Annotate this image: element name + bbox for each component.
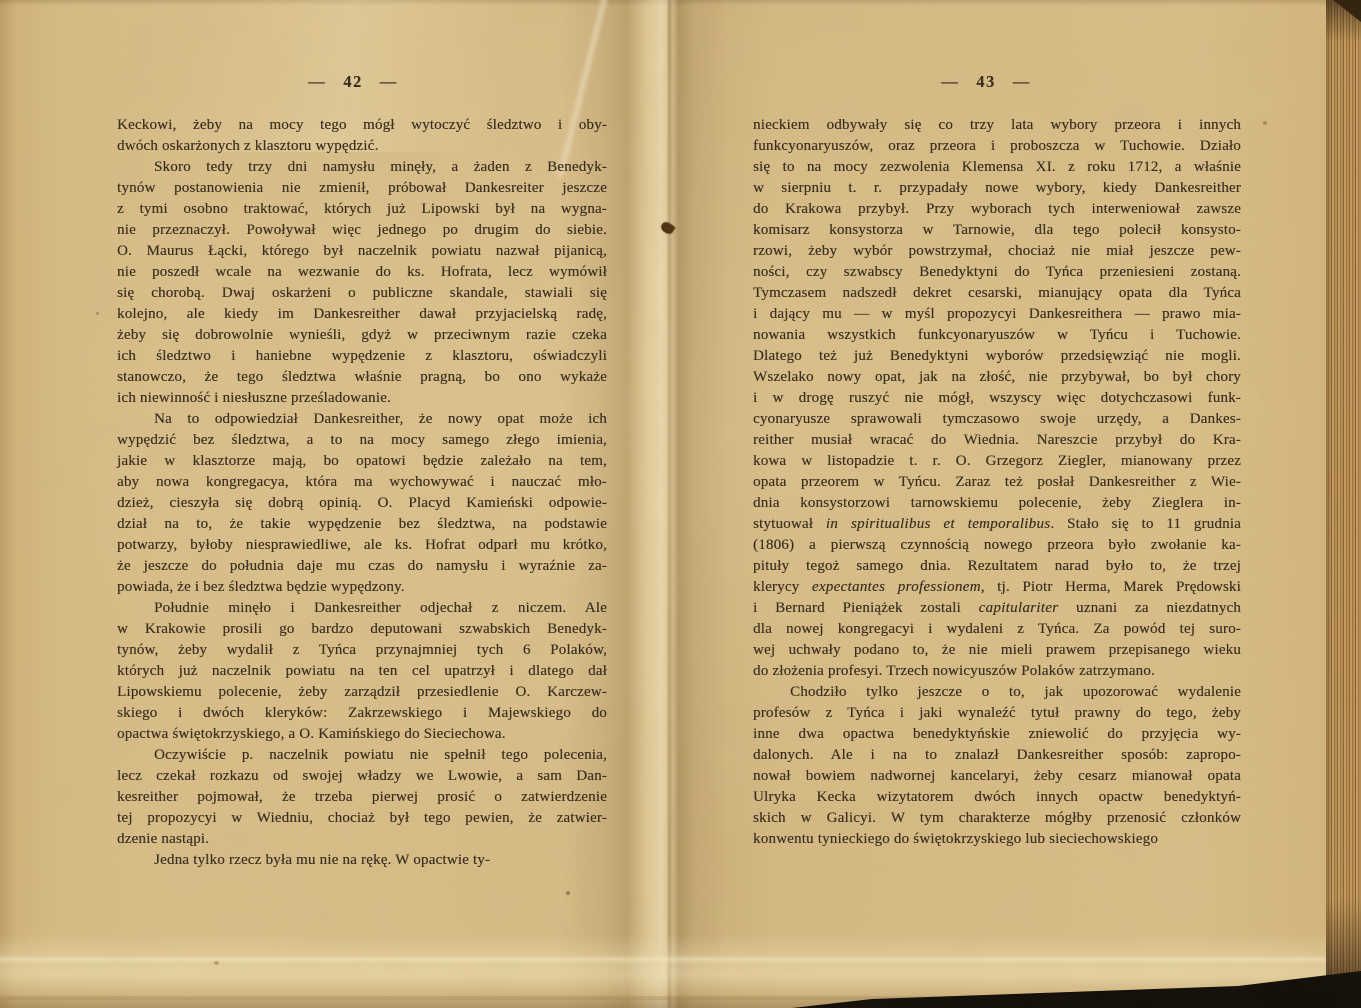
text-line: dzież, cieszyła się dobrą opinią. O. Pla… xyxy=(117,493,607,514)
foxing-speck xyxy=(566,891,570,895)
text-line: i w drogę ruszyć nie mógł, wszyscy więc … xyxy=(753,388,1241,409)
text-line: konwentu tynieckiego do świętokrzyskiego… xyxy=(753,829,1241,850)
text-line: Skoro tedy trzy dni namysłu minęły, a ża… xyxy=(117,157,607,178)
text-line: w Krakowie prosili go bardzo deputowani … xyxy=(117,619,607,640)
text-line: dalonych. Ale i na to znalazł Dankesreit… xyxy=(753,745,1241,766)
text-line: nowania wszystkich funkcyonaryuszów w Ty… xyxy=(753,325,1241,346)
text-line: nie poszedł wcale na wezwanie do ks. Hof… xyxy=(117,262,607,283)
text-line: funkcyonaryuszów, oraz przeora i probosz… xyxy=(753,136,1241,157)
text-line: stytuował in spiritualibus et temporalib… xyxy=(753,514,1241,535)
text-line: reither musiał wracać do Wiednia. Naresz… xyxy=(753,430,1241,451)
left-page-number: 42 xyxy=(343,72,363,92)
text-line: lecz czekał rozkazu od swojej władzy we … xyxy=(117,766,607,787)
text-line: ich śledztwo i haniebne wypędzenie z kla… xyxy=(117,346,607,367)
foxing-speck xyxy=(1329,251,1335,258)
text-line: których już naczelnik powiatu na ten cel… xyxy=(117,661,607,682)
text-line: kesreither pojmował, że trzeba pierwej p… xyxy=(117,787,607,808)
text-line: rzowi, żeby wybór powstrzymał, chociaż n… xyxy=(753,241,1241,262)
text-line: Na to odpowiedział Dankesreither, że now… xyxy=(117,409,607,430)
text-line: ności, czy szwabscy Benedyktyni do Tyńca… xyxy=(753,262,1241,283)
text-line: opata przeorem w Tyńcu. Zaraz też posłał… xyxy=(753,472,1241,493)
text-line: Lipowskiemu polecenie, żeby zarządził pr… xyxy=(117,682,607,703)
text-line: dla nowej kongregacyi i wydaleni z Tyńca… xyxy=(753,619,1241,640)
right-page-header: — 43 — xyxy=(753,72,1219,92)
text-line: nieckiem odbywały się co trzy lata wybor… xyxy=(753,115,1241,136)
foxing-speck xyxy=(1263,121,1267,125)
text-line: aby nowa kongregacya, która ma wychowywa… xyxy=(117,472,607,493)
text-line: że jeszcze do południa daje mu czas do n… xyxy=(117,556,607,577)
header-dash-icon: — xyxy=(380,72,398,92)
text-line: cyonaryusze sprawowali tymczasowo swoje … xyxy=(753,409,1241,430)
text-line: tynów postanowienia nie zmienił, próbowa… xyxy=(117,178,607,199)
text-line: i dający mu — w myśl propozycyi Dankesre… xyxy=(753,304,1241,325)
text-line: Dlatego też już Benedyktyni wyborów prze… xyxy=(753,346,1241,367)
binding-stitch xyxy=(659,221,675,236)
text-line: jakie w klasztorze mają, bo opatowi będz… xyxy=(117,451,607,472)
text-line: opactwa świętokrzyskiego, a O. Kamińskie… xyxy=(117,724,607,745)
text-line: do Krakowa przybył. Przy wyborach tych i… xyxy=(753,199,1241,220)
text-line: Jedna tylko rzecz była mu nie na rękę. W… xyxy=(117,850,607,871)
text-line: tynów, żeby wydalił z Tyńca przynajmniej… xyxy=(117,640,607,661)
text-line: Południe minęło i Dankesreither odjechał… xyxy=(117,598,607,619)
text-line: w sierpniu t. r. przypadały nowe wybory,… xyxy=(753,178,1241,199)
text-line: z tymi osobno traktować, których już Lip… xyxy=(117,199,607,220)
text-line: wypędzić bez śledztwa, a to na mocy same… xyxy=(117,430,607,451)
right-text-column: nieckiem odbywały się co trzy lata wybor… xyxy=(753,115,1241,850)
text-line: się chorobą. Dwaj oskarżeni o publiczne … xyxy=(117,283,607,304)
text-line: dzenie nastąpi. xyxy=(117,829,607,850)
text-line: dwóch oskarżonych z klasztoru wypędzić. xyxy=(117,136,607,157)
text-line: kowa w listopadzie t. r. O. Grzegorz Zie… xyxy=(753,451,1241,472)
right-page-number: 43 xyxy=(976,72,996,92)
left-page-header: — 42 — xyxy=(117,72,589,92)
text-line: wej uchwały podano to, że nie mieli praw… xyxy=(753,640,1241,661)
foxing-speck xyxy=(214,961,219,965)
text-line: dnia konsystorzowi tarnowskiemu poleceni… xyxy=(753,493,1241,514)
left-text-column: Keckowi, żeby na mocy tego mógł wytoczyć… xyxy=(117,115,607,871)
bottom-page-edge-band xyxy=(0,934,1361,1000)
text-line: Ulryka Kecka wizytatorem dwóch innych op… xyxy=(753,787,1241,808)
text-line: żeby się dobrowolnie wynieśli, gdyż w pr… xyxy=(117,325,607,346)
text-line: inne dwa opactwa benedyktyńskie zniewoli… xyxy=(753,724,1241,745)
text-line: skiego i dwóch kleryków: Zakrzewskiego i… xyxy=(117,703,607,724)
text-line: się to na mocy zezwolenia Klemensa XI. z… xyxy=(753,157,1241,178)
text-line: Tymczasem nadszedł dekret cesarski, mian… xyxy=(753,283,1241,304)
text-line: O. Maurus Łącki, którego był naczelnik p… xyxy=(117,241,607,262)
text-line: klerycy expectantes professionem, tj. Pi… xyxy=(753,577,1241,598)
text-line: potwarzy, byłoby niesprawiedliwe, ale ks… xyxy=(117,535,607,556)
header-dash-icon: — xyxy=(941,72,959,92)
text-line: do złożenia profesyi. Trzech nowicyuszów… xyxy=(753,661,1241,682)
text-line: (1806) a pierwszą czynnością nowego prze… xyxy=(753,535,1241,556)
text-line: Wszelako nowy opat, jak na złość, nie pr… xyxy=(753,367,1241,388)
gutter-crease-line xyxy=(668,0,671,1008)
text-line: Keckowi, żeby na mocy tego mógł wytoczyć… xyxy=(117,115,607,136)
text-line: komisarz konsystorza w Tarnowie, dla teg… xyxy=(753,220,1241,241)
book-scan: — 42 — Keckowi, żeby na mocy tego mógł w… xyxy=(0,0,1361,1008)
text-line: tej propozycyi w Wiedniu, chociaż był te… xyxy=(117,808,607,829)
header-dash-icon: — xyxy=(1013,72,1031,92)
text-line: Oczywiście p. naczelnik powiatu nie speł… xyxy=(117,745,607,766)
text-line: profesów z Tyńca i jaki wynaleźć tytuł p… xyxy=(753,703,1241,724)
text-line: ich niewinność i niesłuszne prześladowan… xyxy=(117,388,607,409)
text-line: skich w Galicyi. W tym charakterze mógłb… xyxy=(753,808,1241,829)
text-line: dział na to, że takie wypędzenie bez śle… xyxy=(117,514,607,535)
foxing-speck xyxy=(96,312,99,315)
scan-top-edge-shade xyxy=(0,0,1361,6)
scan-left-edge-shade xyxy=(0,0,16,1008)
text-line: pituły tegoż samego dnia. Rezultatem nar… xyxy=(753,556,1241,577)
foxing-speck xyxy=(1102,143,1105,146)
text-line: i Bernard Pieniążek zostali capitularite… xyxy=(753,598,1241,619)
text-line: stanowczo, że tego śledztwa właśnie prag… xyxy=(117,367,607,388)
text-line: nował bowiem nadwornej kancelaryi, żeby … xyxy=(753,766,1241,787)
right-page-edge-stack xyxy=(1326,0,1361,1008)
header-dash-icon: — xyxy=(308,72,326,92)
text-line: kolejno, ale kiedy im Dankesreither dawa… xyxy=(117,304,607,325)
text-line: powiada, że i bez śledztwa będzie wypędz… xyxy=(117,577,607,598)
top-right-dark-corner xyxy=(1333,0,1361,22)
bottom-edge-shade xyxy=(0,996,1361,1008)
text-line: nie przeznaczył. Powoływał więc jednego … xyxy=(117,220,607,241)
text-line: Chodziło tylko jeszcze o to, jak upozoro… xyxy=(753,682,1241,703)
